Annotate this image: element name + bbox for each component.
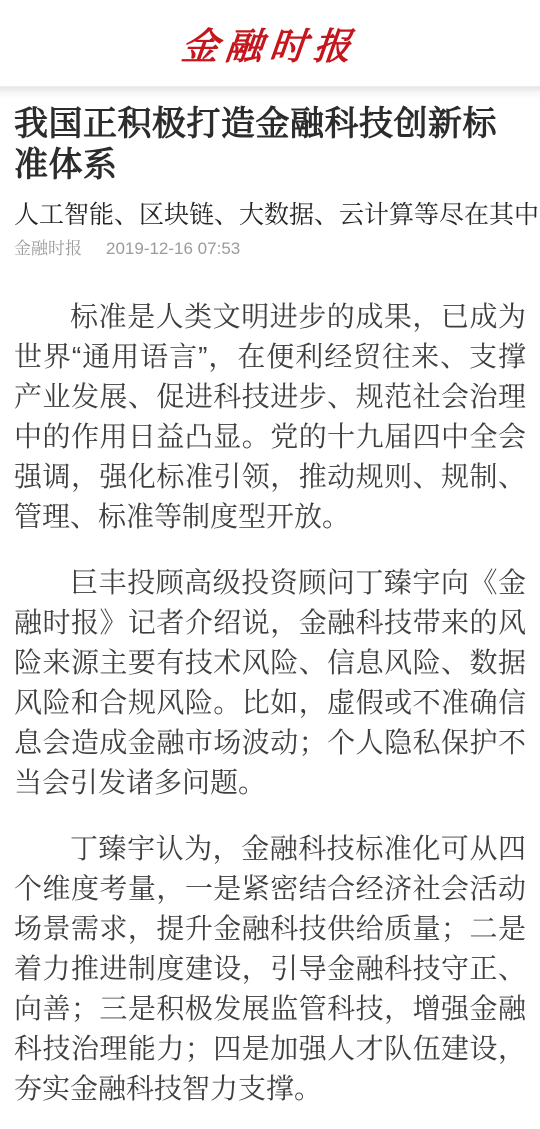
article: 我国正积极打造金融科技创新标准体系 人工智能、区块链、大数据、云计算等尽在其中 … — [0, 99, 540, 1129]
header-divider — [0, 86, 540, 99]
paragraph-3: 丁臻宇认为，金融科技标准化可从四个维度考量，一是紧密结合经济社会活动场景需求，提… — [14, 829, 526, 1109]
byline-source: 金融时报 — [14, 238, 82, 260]
financial-news-logo[interactable]: 金融时报 — [179, 16, 361, 70]
byline: 金融时报 2019-12-16 07:53 — [14, 238, 526, 260]
paragraph-1: 标准是人类文明进步的成果，已成为世界“通用语言”，在便利经贸往来、支撑产业发展、… — [14, 297, 526, 537]
masthead: 金融时报 — [0, 0, 540, 86]
article-body: 标准是人类文明进步的成果，已成为世界“通用语言”，在便利经贸往来、支撑产业发展、… — [14, 297, 526, 1109]
article-title: 我国正积极打造金融科技创新标准体系 — [14, 104, 526, 186]
article-subtitle: 人工智能、区块链、大数据、云计算等尽在其中 — [14, 199, 526, 232]
paragraph-2: 巨丰投顾高级投资顾问丁臻宇向《金融时报》记者介绍说，金融科技带来的风险来源主要有… — [14, 563, 526, 803]
byline-datetime: 2019-12-16 07:53 — [106, 238, 240, 260]
